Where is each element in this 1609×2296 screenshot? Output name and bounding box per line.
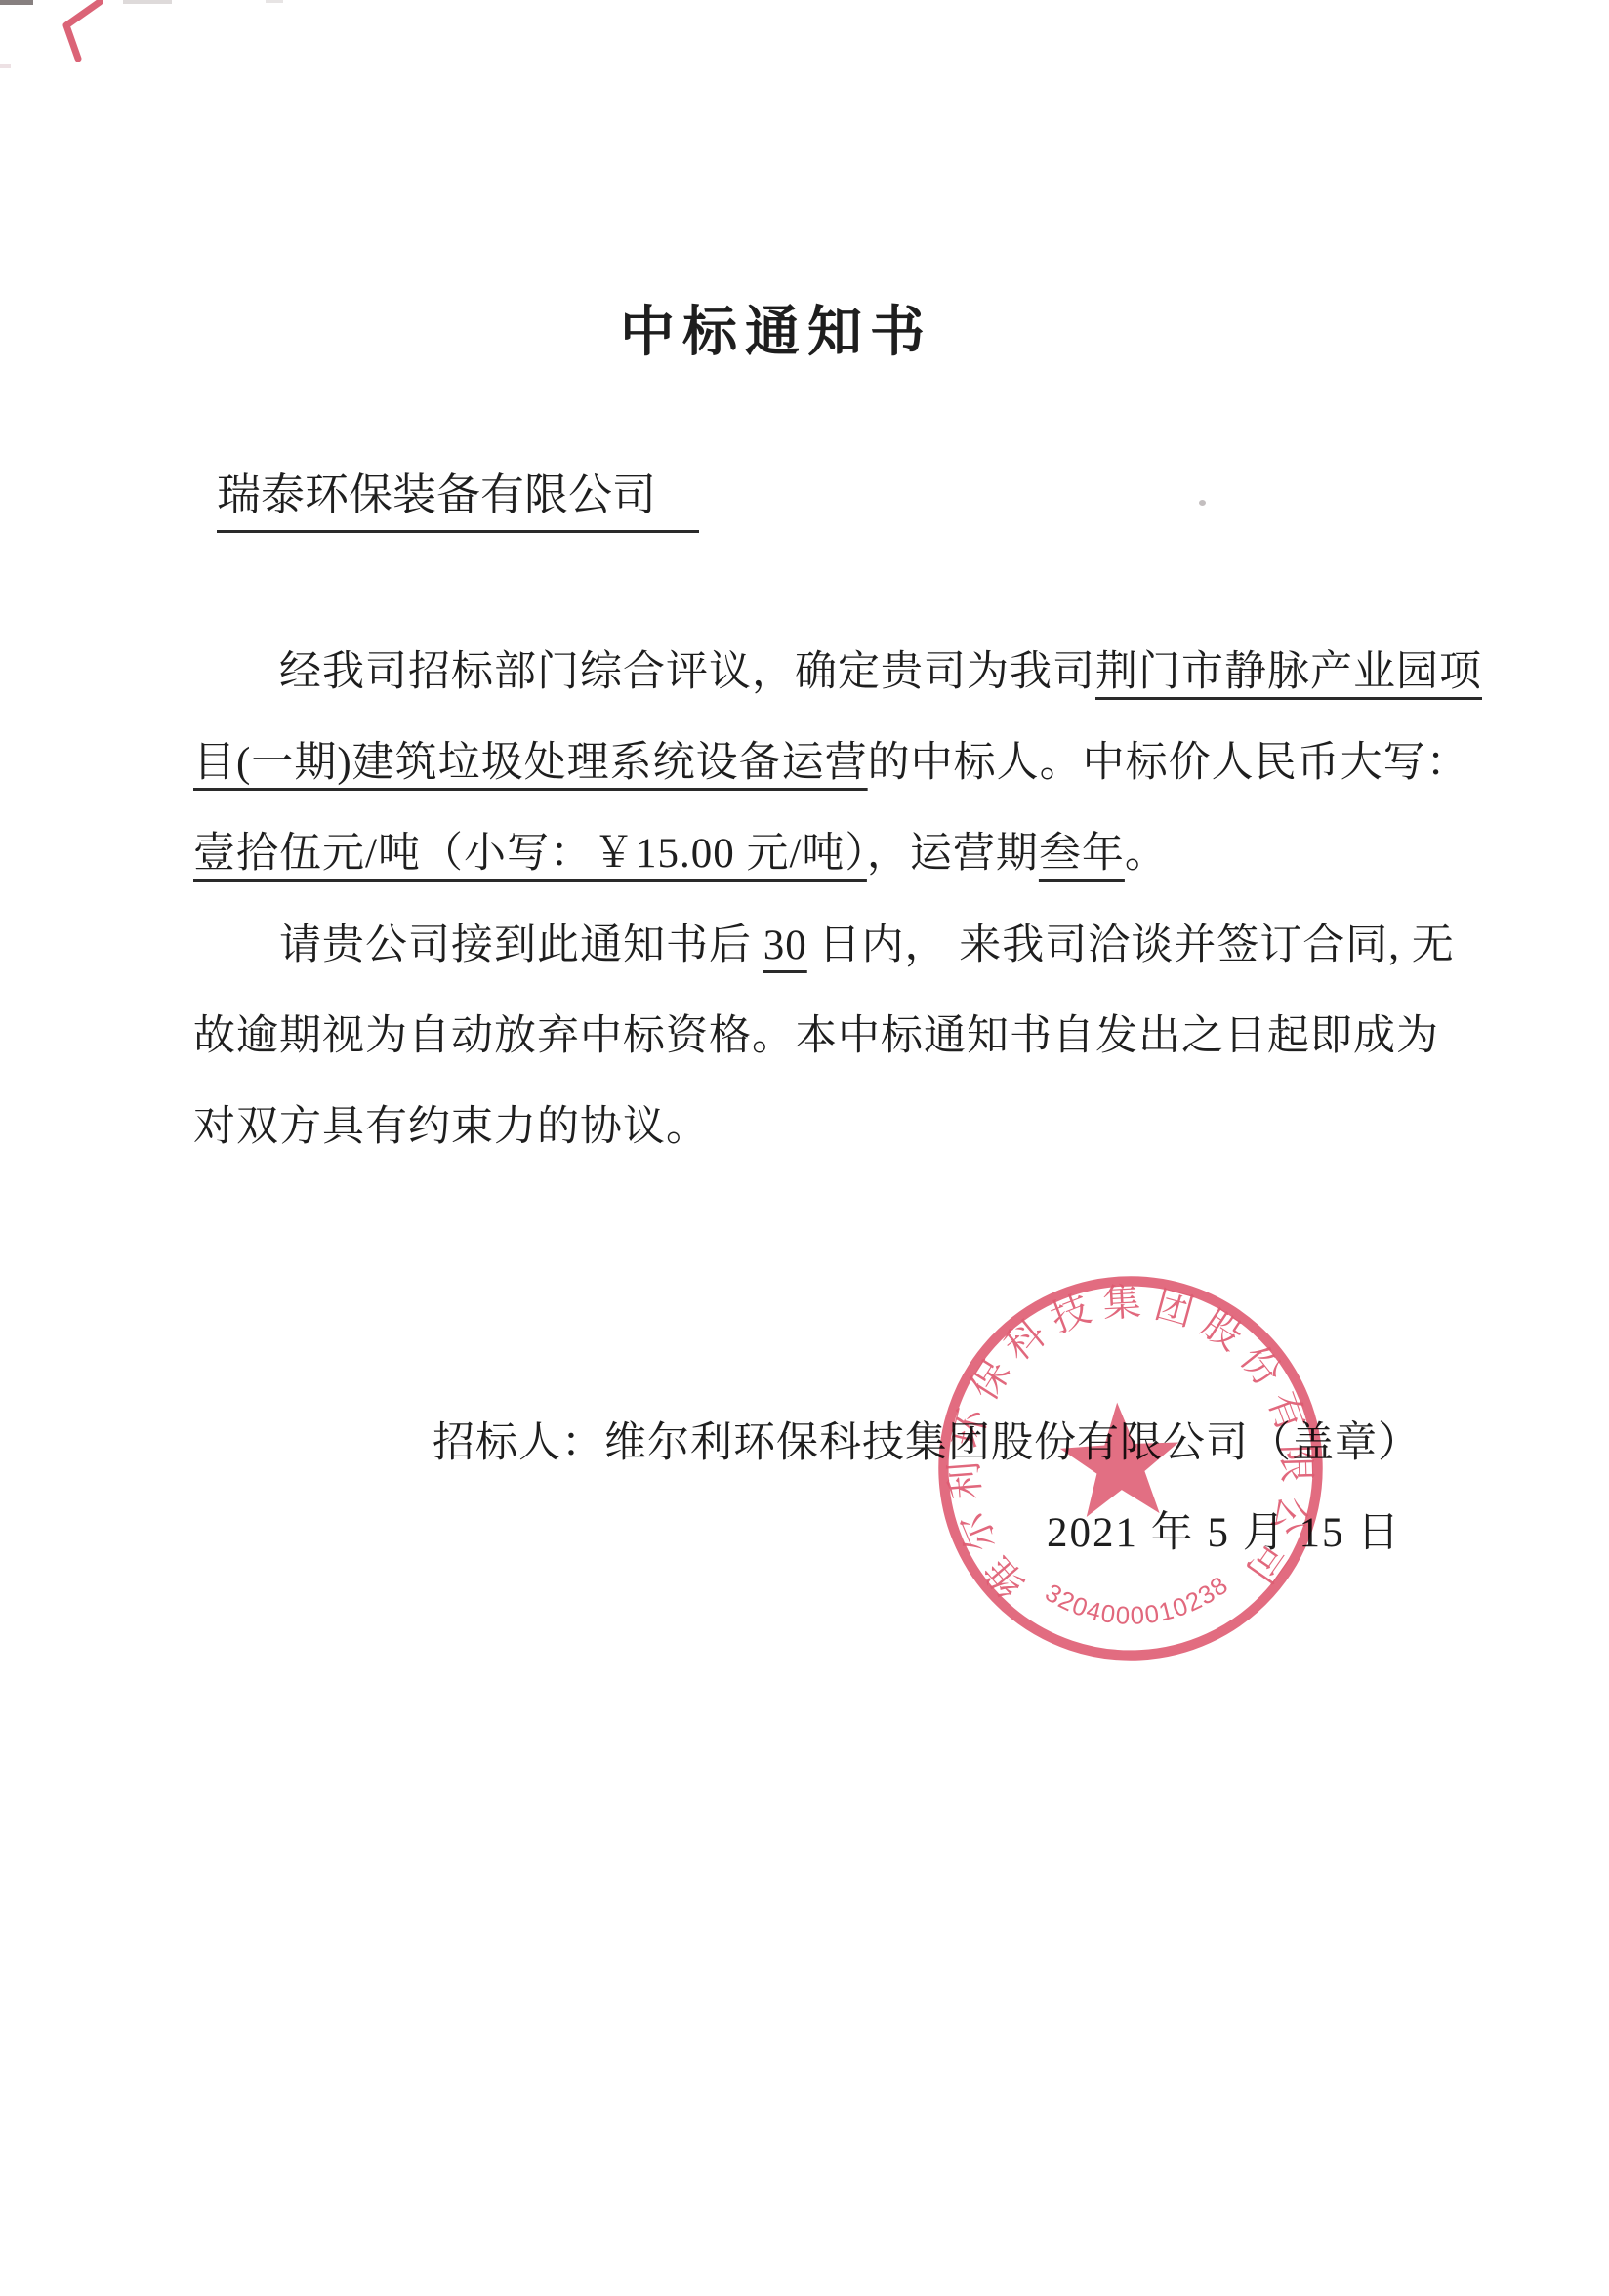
svg-text:3204000010238: 3204000010238	[1039, 1570, 1236, 1635]
underlined-bid-price: 壹拾伍元/吨（小写：￥15.00 元/吨）	[193, 831, 867, 877]
ink-dot-artifact	[1199, 500, 1206, 506]
document-page: 中标通知书 瑞泰环保装备有限公司 经我司招标部门综合评议，确定贵司为我司荆门市静…	[0, 0, 1609, 2296]
underlined-days: 30	[763, 922, 807, 968]
recipient-name: 瑞泰环保装备有限公司	[217, 467, 699, 533]
body-line-1: 经我司招标部门综合评议，确定贵司为我司荆门市静脉产业园项	[193, 638, 1539, 707]
company-seal: 维尔利环保科技集团股份有限公司 3204000010238	[920, 1257, 1342, 1680]
scan-artifact-top-edge	[266, 0, 283, 3]
scan-artifact-top-edge	[123, 0, 172, 4]
body-line-4: 请贵公司接到此通知书后 30 日内， 来我司洽谈并签订合同, 无	[193, 912, 1539, 980]
corner-red-mark-icon	[27, 0, 121, 70]
underlined-term: 叁年	[1039, 831, 1125, 877]
body-line-3: 壹拾伍元/吨（小写：￥15.00 元/吨），运营期叁年。	[193, 820, 1453, 888]
body-text: 的中标人。中标价人民币大写：	[868, 740, 1469, 786]
underlined-project-name: 荆门市静脉产业园项	[1095, 649, 1482, 695]
body-text: ，运营期	[867, 831, 1039, 877]
body-text: 经我司招标部门综合评议，确定贵司为我司	[279, 649, 1095, 695]
body-line-6: 对双方具有约束力的协议。	[193, 1093, 1453, 1162]
underlined-project-name: 目(一期)建筑垃圾处理系统设备运营	[193, 740, 868, 786]
body-text: 日内， 来我司洽谈并签订合同, 无	[807, 922, 1455, 968]
body-text: 请贵公司接到此通知书后	[279, 922, 763, 968]
body-text: 。	[1125, 831, 1168, 877]
document-title: 中标通知书	[0, 289, 1552, 367]
seal-number-text: 3204000010238	[1039, 1570, 1236, 1635]
scan-artifact-left-edge	[0, 64, 11, 68]
body-line-2: 目(一期)建筑垃圾处理系统设备运营的中标人。中标价人民币大写：	[193, 729, 1453, 798]
body-line-5: 故逾期视为自动放弃中标资格。本中标通知书自发出之日起即成为	[193, 1003, 1453, 1071]
seal-star-icon	[1057, 1399, 1181, 1518]
recipient-line: 瑞泰环保装备有限公司	[217, 467, 699, 533]
body-text: 故逾期视为自动放弃中标资格。本中标通知书自发出之日起即成为	[193, 1013, 1439, 1059]
body-text: 对双方具有约束力的协议。	[193, 1104, 709, 1150]
